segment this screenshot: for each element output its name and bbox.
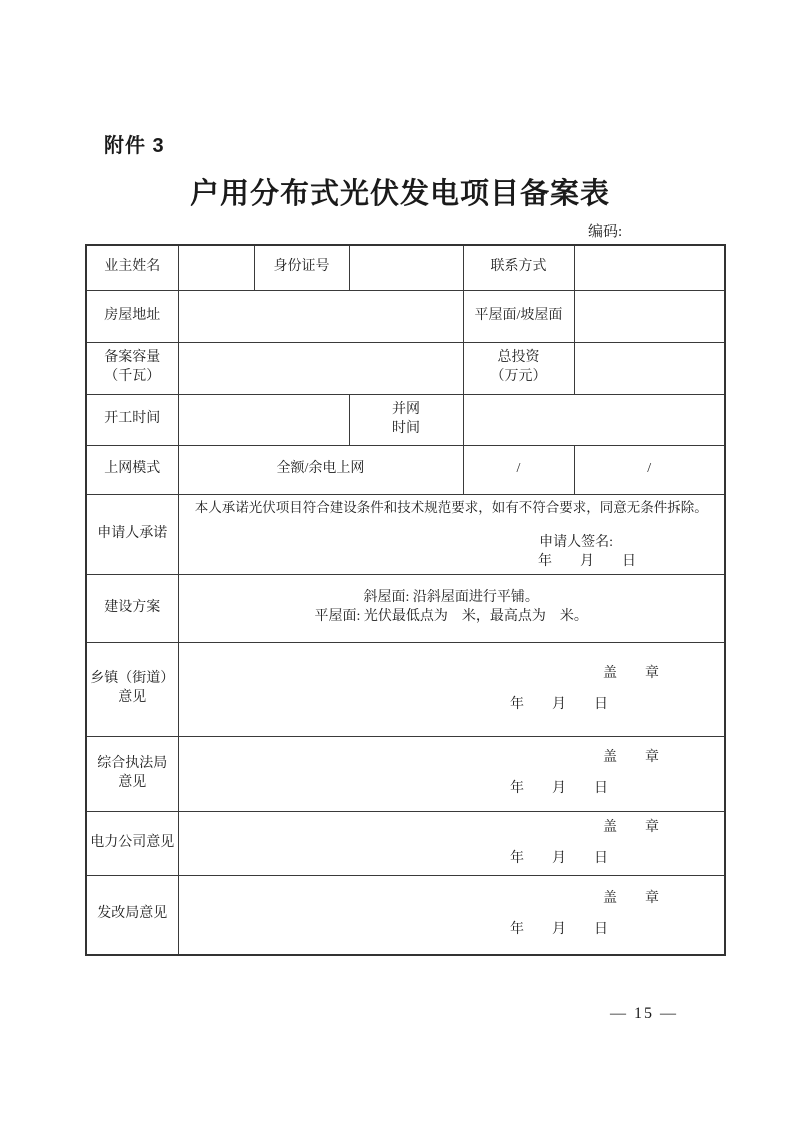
id-number-label: 身份证号 — [254, 245, 349, 290]
capacity-value-cell — [178, 342, 463, 394]
applicant-sign-label: 申请人签名: — [182, 533, 722, 552]
construction-plan-cell: 斜屋面: 沿斜屋面进行平铺。 平屋面: 光伏最低点为 米，最高点为 米。 — [178, 574, 725, 642]
code-label: 编码: — [588, 220, 622, 241]
page-number: — 15 — — [610, 1005, 678, 1023]
row-power-company-opinion: 电力公司意见 盖 章 年 月 日 — [86, 811, 725, 875]
row-development-reform-opinion: 发改局意见 盖 章 年 月 日 — [86, 875, 725, 955]
row-owner: 业主姓名 身份证号 联系方式 — [86, 245, 725, 290]
applicant-promise-cell: 本人承诺光伏项目符合建设条件和技术规范要求，如有不符合要求，同意无条件拆除。 申… — [178, 494, 725, 574]
roof-type-label: 平屋面/坡屋面 — [463, 290, 574, 342]
construction-plan-label: 建设方案 — [86, 574, 178, 642]
applicant-sign-date-line: 年 月 日 — [182, 552, 722, 571]
row-law-enforcement-opinion: 综合执法局 意见 盖 章 年 月 日 — [86, 736, 725, 811]
plan-line-sloped-roof: 斜屋面: 沿斜屋面进行平铺。 — [182, 589, 722, 608]
row-applicant-promise: 申请人承诺 本人承诺光伏项目符合建设条件和技术规范要求，如有不符合要求，同意无条… — [86, 494, 725, 574]
roof-type-value-cell — [574, 290, 725, 342]
contact-label: 联系方式 — [463, 245, 574, 290]
start-date-label: 开工时间 — [86, 394, 178, 445]
row-construction-plan: 建设方案 斜屋面: 沿斜屋面进行平铺。 平屋面: 光伏最低点为 米，最高点为 米… — [86, 574, 725, 642]
law-enforcement-date-line: 年 月 日 — [182, 778, 722, 800]
township-opinion-cell: 盖 章 年 月 日 — [178, 642, 725, 736]
document-title: 户用分布式光伏发电项目备案表 — [0, 171, 800, 212]
development-reform-date-line: 年 月 日 — [182, 919, 722, 941]
investment-label: 总投资 （万元） — [463, 342, 574, 394]
power-company-opinion-cell: 盖 章 年 月 日 — [178, 811, 725, 875]
capacity-label: 备案容量 （千瓦） — [86, 342, 178, 394]
start-date-value-cell — [178, 394, 349, 445]
promise-text: 本人承诺光伏项目符合建设条件和技术规范要求，如有不符合要求，同意无条件拆除。 — [182, 498, 722, 517]
row-township-opinion: 乡镇（街道） 意见 盖 章 年 月 日 — [86, 642, 725, 736]
grid-connect-value-cell — [463, 394, 725, 445]
filing-form-table: 业主姓名 身份证号 联系方式 房屋地址 平屋面/坡屋面 备案容量 （千瓦） 总投… — [85, 244, 726, 956]
contact-value-cell — [574, 245, 725, 290]
slash-cell-2: / — [574, 445, 725, 494]
address-label: 房屋地址 — [86, 290, 178, 342]
grid-connect-label: 并网 时间 — [349, 394, 463, 445]
investment-value-cell — [574, 342, 725, 394]
development-reform-seal-line: 盖 章 — [182, 888, 722, 910]
power-company-opinion-label: 电力公司意见 — [86, 811, 178, 875]
township-opinion-label: 乡镇（街道） 意见 — [86, 642, 178, 736]
law-enforcement-seal-line: 盖 章 — [182, 747, 722, 769]
plan-line-flat-roof: 平屋面: 光伏最低点为 米，最高点为 米。 — [182, 608, 722, 627]
grid-mode-value: 全额/余电上网 — [178, 445, 463, 494]
development-reform-opinion-cell: 盖 章 年 月 日 — [178, 875, 725, 955]
owner-name-value-cell — [178, 245, 254, 290]
attachment-label: 附件 3 — [104, 129, 165, 158]
grid-mode-label: 上网模式 — [86, 445, 178, 494]
address-value-cell — [178, 290, 463, 342]
slash-cell-1: / — [463, 445, 574, 494]
development-reform-opinion-label: 发改局意见 — [86, 875, 178, 955]
township-date-line: 年 月 日 — [182, 694, 722, 716]
document-page: 附件 3 户用分布式光伏发电项目备案表 编码: 业主姓名 身份证号 联系方式 房… — [0, 0, 800, 1131]
row-capacity: 备案容量 （千瓦） 总投资 （万元） — [86, 342, 725, 394]
applicant-promise-label: 申请人承诺 — [86, 494, 178, 574]
row-dates: 开工时间 并网 时间 — [86, 394, 725, 445]
row-address: 房屋地址 平屋面/坡屋面 — [86, 290, 725, 342]
power-company-seal-line: 盖 章 — [182, 817, 722, 839]
owner-name-label: 业主姓名 — [86, 245, 178, 290]
power-company-date-line: 年 月 日 — [182, 848, 722, 870]
id-number-value-cell — [349, 245, 463, 290]
row-grid-mode: 上网模式 全额/余电上网 / / — [86, 445, 725, 494]
law-enforcement-opinion-label: 综合执法局 意见 — [86, 736, 178, 811]
law-enforcement-opinion-cell: 盖 章 年 月 日 — [178, 736, 725, 811]
township-seal-line: 盖 章 — [182, 663, 722, 685]
